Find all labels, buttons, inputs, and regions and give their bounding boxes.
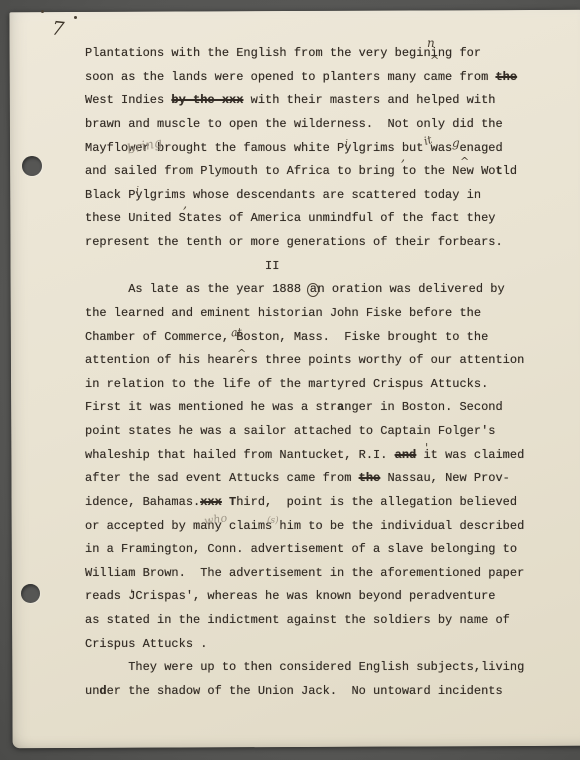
typed-text-segment: as stated in the indictment against the …: [85, 613, 510, 627]
typed-text-segment: the learned and eminent historian John F…: [85, 306, 481, 320]
typed-text-strike: the: [359, 471, 381, 485]
typed-line-28: under the shadow of the Union Jack. No u…: [85, 680, 560, 704]
typed-line-10: II: [85, 255, 560, 279]
typed-line-20: idence, Bahamas.xxx Third, point is the …: [85, 491, 560, 515]
typed-line-22: in a Framington, Conn. advertisement of …: [85, 538, 560, 562]
typed-text-segment: n oration was delivered by: [317, 282, 504, 296]
typed-line-5: Mayflower brought the famous white Pylgr…: [85, 137, 560, 161]
typed-text-segment: soon as the lands were opened to planter…: [85, 70, 495, 84]
typed-line-16: First it was mentioned he was a stranger…: [85, 396, 560, 420]
typed-line-21: or accepted by many claims him to be the…: [85, 515, 560, 539]
typed-line-9: represent the tenth or more generations …: [85, 231, 560, 255]
typed-text-segment: represent the tenth or more generations …: [85, 235, 503, 249]
typed-line-1: Plantations with the English from the ve…: [85, 42, 560, 66]
typed-text-segment: Chamber of Commerce, Boston, Mass. Fiske…: [85, 330, 488, 344]
typed-text-segment: in a Framington, Conn. advertisement of …: [85, 542, 517, 556]
typed-text-segment: hird, point is the allegation believed: [236, 495, 517, 509]
typed-line-18: whaleship that hailed from Nantucket, R.…: [85, 444, 560, 468]
typed-text-segment: er the shadow of the Union Jack. No unto…: [107, 684, 503, 698]
typed-line-8: these United States of America unmindful…: [85, 207, 560, 231]
typewritten-text-block: Plantations with the English from the ve…: [85, 42, 560, 704]
typed-text-strike: the: [495, 70, 517, 84]
typed-text-segment: West Indies: [85, 93, 171, 107]
typed-text-segment: Black Pylgrims whose descendants are sca…: [85, 188, 481, 202]
typed-text-segment: un: [85, 684, 99, 698]
typed-line-17: point states he was a sailor attached to…: [85, 420, 560, 444]
typed-text-segment: after the sad event Attucks came from: [85, 471, 359, 485]
typed-line-13: Chamber of Commerce, Boston, Mass. Fiske…: [85, 326, 560, 350]
typed-line-2: soon as the lands were opened to planter…: [85, 66, 560, 90]
typed-line-26: Crispus Attucks .: [85, 633, 560, 657]
typed-line-3: West Indies by the xxx with their master…: [85, 89, 560, 113]
typed-line-11: As late as the year 1888 an oration was …: [85, 278, 560, 302]
typed-text-segment: William Brown. The advertisement in the …: [85, 566, 524, 580]
typed-line-15: in relation to the life of the martyred …: [85, 373, 560, 397]
typed-text-segment: II: [85, 259, 279, 273]
typed-text-strike: xxx: [200, 495, 222, 509]
scanned-document-background: 7 Plantations with the English from the …: [0, 0, 580, 760]
typed-text-segment: these United States of America unmindful…: [85, 211, 495, 225]
typed-line-24: reads JCrispas', whereas he was known be…: [85, 585, 560, 609]
typed-text-segment: Nassau, New Prov-: [380, 471, 510, 485]
typed-text-segment: with their masters and helped with: [243, 93, 495, 107]
typed-line-25: as stated in the indictment against the …: [85, 609, 560, 633]
typed-text-segment: attention of his hearers three points wo…: [85, 353, 524, 367]
typed-text-strike: by the xxx: [171, 93, 243, 107]
typed-text-segment: Crispus Attucks .: [85, 637, 207, 651]
typed-text-segment: reads JCrispas', whereas he was known be…: [85, 589, 495, 603]
typed-text-segment: As late as the year 1888: [85, 282, 308, 296]
typed-text-segment: it was claimed: [416, 448, 524, 462]
typed-text-segment: and sailed from Plymouth to Africa to br…: [85, 164, 495, 178]
typed-text-segment: in relation to the life of the martyred …: [85, 377, 488, 391]
typed-line-7: Black Pylgrims whose descendants are sca…: [85, 184, 560, 208]
typed-line-12: the learned and eminent historian John F…: [85, 302, 560, 326]
page-number-handwritten: 7: [51, 17, 65, 40]
typed-text-segment: [222, 495, 229, 509]
typed-line-4: brawn and muscle to open the wilderness.…: [85, 113, 560, 137]
typed-text-segment: nger in Boston. Second: [344, 400, 502, 414]
hole-punch-bottom: [21, 584, 40, 603]
typed-text-segment: idence, Bahamas.: [85, 495, 200, 509]
typed-text-ovr: t: [495, 164, 502, 178]
typed-text-segment: First it was mentioned he was a str: [85, 400, 337, 414]
typed-line-6: and sailed from Plymouth to Africa to br…: [85, 160, 560, 184]
typed-text-segment: Mayflower brought the famous white Pylgr…: [85, 141, 503, 155]
hole-punch-top: [22, 156, 42, 176]
typed-line-23: William Brown. The advertisement in the …: [85, 562, 560, 586]
typed-text-segment: Plantations with the English from the ve…: [85, 46, 481, 60]
typed-line-14: attention of his hearers three points wo…: [85, 349, 560, 373]
typed-line-27: They were up to then considered English …: [85, 656, 560, 680]
typed-text-segment: brawn and muscle to open the wilderness.…: [85, 117, 503, 131]
typed-text-segment: point states he was a sailor attached to…: [85, 424, 495, 438]
typed-text-segment: They were up to then considered English …: [85, 660, 524, 674]
typed-text-segment: whaleship that hailed from Nantucket, R.…: [85, 448, 395, 462]
typed-line-19: after the sad event Attucks came from th…: [85, 467, 560, 491]
typed-text-segment: ld: [503, 164, 517, 178]
typed-text-segment: or accepted by many claims him to be the…: [85, 519, 524, 533]
typed-text-ovr: d: [99, 684, 106, 698]
typed-text-strike: and: [395, 448, 417, 462]
